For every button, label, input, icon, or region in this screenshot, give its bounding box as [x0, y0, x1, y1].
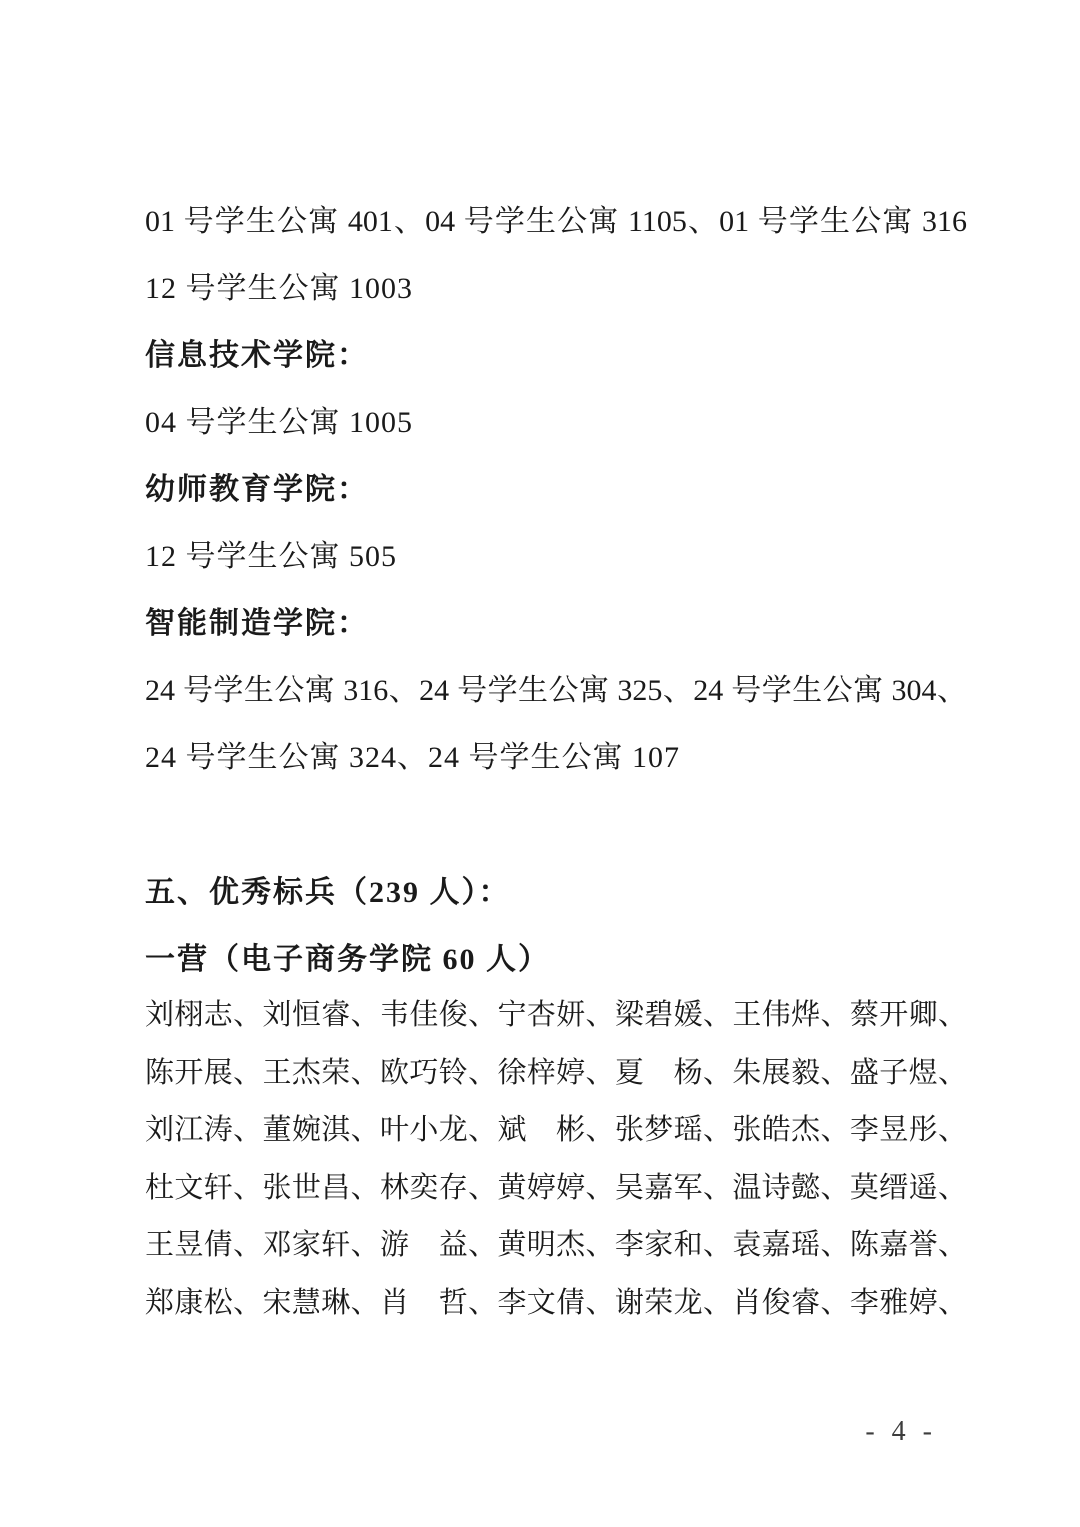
name-list-line: 郑康松、宋慧琳、肖 哲、李文倩、谢荣龙、肖俊睿、李雅婷、 [145, 1275, 967, 1333]
college-heading-it: 信息技术学院： [145, 322, 967, 389]
document-page: 01 号学生公寓 401、04 号学生公寓 1105、01 号学生公寓 316 … [0, 0, 1080, 1527]
dorm-line: 24 号学生公寓 316、24 号学生公寓 325、24 号学生公寓 304、 [145, 657, 967, 724]
name-list-line: 陈开展、王杰荣、欧巧铃、徐梓婷、夏 杨、朱展毅、盛子煜、 [145, 1045, 967, 1103]
honor-roll-name-list: 刘栩志、刘恒睿、韦佳俊、宁杏妍、梁碧媛、王伟烨、蔡开卿、 陈开展、王杰荣、欧巧铃… [145, 987, 967, 1332]
name-list-line: 刘栩志、刘恒睿、韦佳俊、宁杏妍、梁碧媛、王伟烨、蔡开卿、 [145, 987, 967, 1045]
dorm-assignment-list: 01 号学生公寓 401、04 号学生公寓 1105、01 号学生公寓 316 … [145, 188, 967, 791]
dorm-line: 12 号学生公寓 1003 [145, 255, 967, 322]
name-list-line: 杜文轩、张世昌、林奕存、黄婷婷、吴嘉军、温诗懿、莫缙遥、 [145, 1160, 967, 1218]
dorm-line: 04 号学生公寓 1005 [145, 389, 967, 456]
dorm-line: 24 号学生公寓 324、24 号学生公寓 107 [145, 724, 967, 791]
page-number: - 4 - [865, 1416, 937, 1448]
section-subheading: 一营（电子商务学院 60 人） [145, 926, 967, 993]
section-heading: 五、优秀标兵（239 人）： [145, 859, 967, 926]
honor-roll-section: 五、优秀标兵（239 人）： 一营（电子商务学院 60 人） [145, 859, 967, 993]
name-list-line: 王昱倩、邓家轩、游 益、黄明杰、李家和、袁嘉瑶、陈嘉誉、 [145, 1217, 967, 1275]
college-heading-preschool: 幼师教育学院： [145, 456, 967, 523]
dorm-line: 01 号学生公寓 401、04 号学生公寓 1105、01 号学生公寓 316 [145, 188, 967, 255]
name-list-line: 刘江涛、董婉淇、叶小龙、斌 彬、张梦瑶、张皓杰、李昱彤、 [145, 1102, 967, 1160]
dorm-line: 12 号学生公寓 505 [145, 523, 967, 590]
college-heading-manufacturing: 智能制造学院： [145, 590, 967, 657]
